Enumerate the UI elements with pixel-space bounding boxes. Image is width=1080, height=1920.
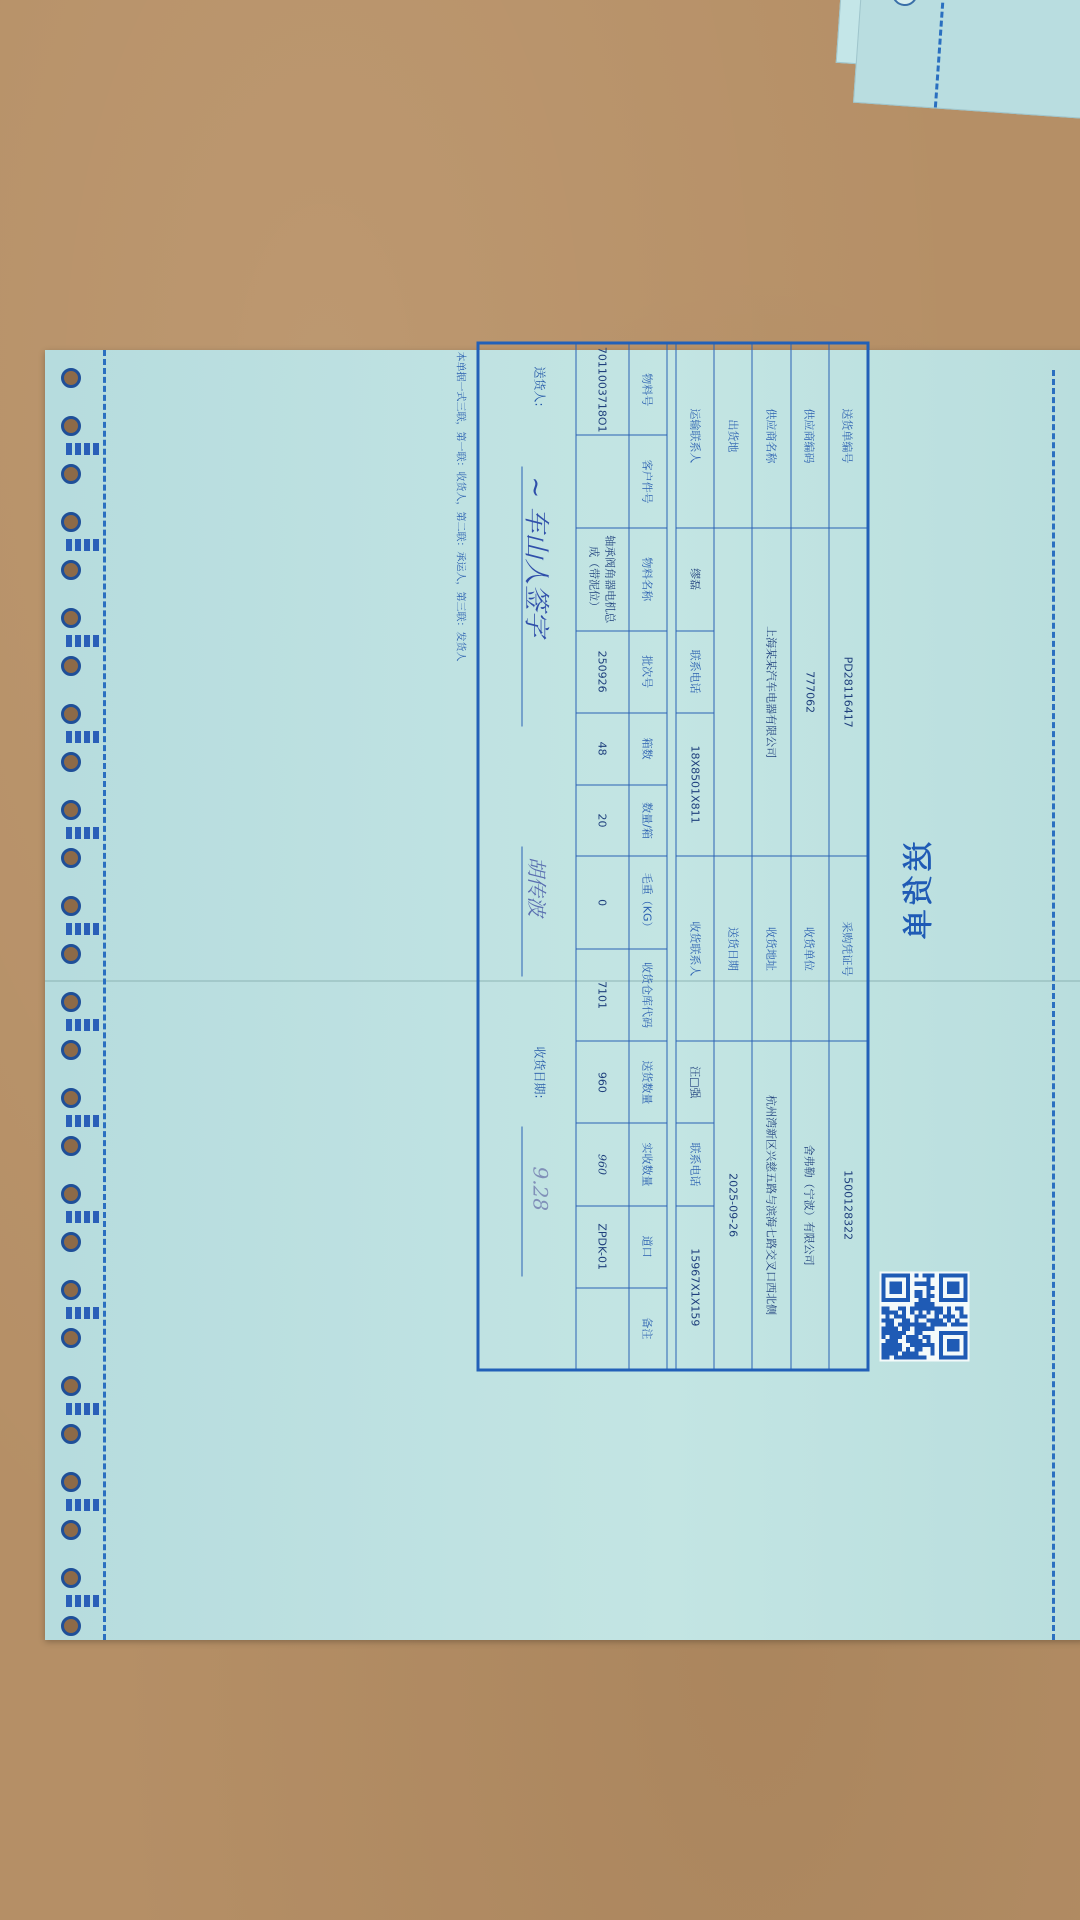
table-cell: ZPDK-01 (576, 1206, 629, 1288)
perforation-line (934, 0, 947, 108)
label-transport-contact: 运输联系人 (676, 343, 714, 528)
supplier-code: 777062 (791, 528, 829, 857)
column-header: 备注 (629, 1288, 667, 1370)
registration-mark (66, 1019, 102, 1031)
tractor-hole-icon (61, 800, 81, 820)
tractor-feed-strip (45, 350, 105, 1640)
column-header: 批次号 (629, 631, 667, 713)
tractor-hole-icon (61, 1184, 81, 1204)
table-row: 7011003718O1轴承阀角器电机总成（带泥位）25092648200710… (576, 343, 629, 1370)
label-delivery-date: 送货日期 (714, 856, 752, 1041)
label-po-number: 采购凭证号 (829, 856, 868, 1041)
supplier-name: 上海某某汽车电器有限公司 (753, 528, 791, 857)
table-cell (576, 1288, 629, 1370)
tractor-hole-icon (61, 656, 81, 676)
column-header: 实收数量 (629, 1123, 667, 1205)
contacts-row: 运输联系人 缪磊 联系电话 18X8501X811 收货联系人 汪□强 联系电话… (676, 343, 714, 1370)
delivery-info-table: 送货单编号 PD28116417 采购凭证号 1500128322 供应商编码 … (477, 342, 870, 1372)
tractor-hole-icon (61, 752, 81, 772)
registration-mark (66, 1499, 102, 1511)
receive-date-line (521, 1127, 522, 1277)
tractor-hole-icon (61, 1568, 81, 1588)
delivery-note-form: 送货单 送货单编号 PD28116417 采购凭证号 1500128322 供应… (477, 342, 980, 1372)
receive-date: 9.28 (528, 1167, 552, 1212)
table-cell: 轴承阀角器电机总成（带泥位） (576, 528, 629, 631)
delivery-date: 2025-09-26 (714, 1041, 752, 1370)
table-cell: 20 (576, 785, 629, 857)
sender-label: 送货人: (531, 367, 548, 407)
column-header: 物料名称 (629, 528, 667, 631)
tractor-hole-icon (61, 1616, 81, 1636)
tractor-hole-icon (61, 1232, 81, 1252)
tractor-hole-icon (61, 944, 81, 964)
po-number: 1500128322 (829, 1041, 868, 1370)
label-receiver-contact: 收货联系人 (676, 856, 714, 1041)
tractor-hole-icon (61, 512, 81, 532)
column-header: 送货数量 (629, 1041, 667, 1123)
table-cell: 250926 (576, 631, 629, 713)
tractor-hole-icon (61, 416, 81, 436)
registration-mark (66, 539, 102, 551)
transport-contact-name: 缪磊 (676, 528, 714, 631)
label-supplier-code: 供应商编码 (791, 343, 829, 528)
registration-mark (66, 1403, 102, 1415)
header-row-4: 出货地 送货日期 2025-09-26 (714, 343, 752, 1370)
header-row-1: 送货单编号 PD28116417 采购凭证号 1500128322 (829, 343, 868, 1370)
column-header: 箱数 (629, 713, 667, 785)
registration-mark (66, 1211, 102, 1223)
tractor-hole-icon (61, 1376, 81, 1396)
tractor-hole-icon (61, 560, 81, 580)
table-cell: 960 (576, 1123, 629, 1205)
table-cell: 7101 (576, 949, 629, 1041)
receiver-signature-line (521, 847, 522, 977)
header-row-3: 供应商名称 上海某某汽车电器有限公司 收货地址 杭州湾新区兴慈五路与滨海七路交叉… (753, 343, 791, 1370)
tractor-hole-icon (61, 704, 81, 724)
registration-mark (66, 635, 102, 647)
column-header: 物料号 (629, 343, 667, 435)
copies-footnote: 本单据一式三联，第一联：收货人，第二联：承运人，第三联：发货人 (455, 352, 470, 662)
receiver-signature: 胡传波 (523, 857, 552, 917)
form-header: 送货单 (870, 342, 980, 1372)
receiver-contact-name: 汪□强 (676, 1041, 714, 1123)
column-header: 毛重（KG） (629, 856, 667, 948)
registration-mark (66, 443, 102, 455)
sender-signature-line (521, 467, 522, 727)
registration-mark (66, 827, 102, 839)
tractor-hole-icon (61, 1424, 81, 1444)
label-receiver-phone: 联系电话 (676, 1123, 714, 1205)
tractor-hole-icon (891, 0, 919, 7)
registration-mark (66, 923, 102, 935)
receiving-unit: 舍弗勒（宁波）有限公司 (791, 1041, 829, 1370)
qr-code-icon (880, 1272, 970, 1362)
sender-signature: ~ 车山人签字 (519, 477, 556, 637)
tractor-hole-icon (61, 464, 81, 484)
tractor-hole-icon (61, 992, 81, 1012)
column-header: 数量/箱 (629, 785, 667, 857)
tractor-hole-icon (61, 608, 81, 628)
tractor-hole-icon (61, 1088, 81, 1108)
table-cell: 48 (576, 713, 629, 785)
registration-mark (66, 1307, 102, 1319)
label-receiving-address: 收货地址 (753, 856, 791, 1041)
table-cell (576, 435, 629, 527)
column-header: 道口 (629, 1206, 667, 1288)
stacked-paper-front (853, 0, 1080, 121)
tractor-hole-icon (61, 896, 81, 916)
tractor-hole-icon (61, 848, 81, 868)
registration-mark (66, 1595, 102, 1607)
label-supplier-name: 供应商名称 (753, 343, 791, 528)
label-transport-phone: 联系电话 (676, 631, 714, 713)
tractor-hole-icon (61, 1136, 81, 1156)
receive-date-label: 收货日期: (531, 1047, 548, 1099)
table-gap (667, 343, 677, 1370)
left-perforation-line (103, 350, 106, 1640)
receiving-address: 杭州湾新区兴慈五路与滨海七路交叉口西北侧 (753, 1041, 791, 1370)
delivery-number: PD28116417 (829, 528, 868, 857)
signature-cell: 送货人: ~ 车山人签字 胡传波 收货日期: 9.28 (478, 343, 576, 1370)
registration-mark (66, 1115, 102, 1127)
tractor-hole-icon (61, 1520, 81, 1540)
receiver-phone: 15967X1X159 (676, 1206, 714, 1370)
tractor-hole-icon (61, 1280, 81, 1300)
tractor-hole-icon (61, 1040, 81, 1060)
table-cell: 0 (576, 856, 629, 948)
items-header-row: 物料号客户件号物料名称批次号箱数数量/箱毛重（KG）收货仓库代码送货数量实收数量… (629, 343, 667, 1370)
label-ship-from: 出货地 (714, 343, 752, 528)
gap-cell (667, 343, 677, 1370)
transport-phone: 18X8501X811 (676, 713, 714, 857)
ship-from (714, 528, 752, 857)
tractor-hole-icon (61, 1472, 81, 1492)
right-perforation-line (1052, 370, 1055, 1640)
signature-row: 送货人: ~ 车山人签字 胡传波 收货日期: 9.28 (478, 343, 576, 1370)
label-delivery-number: 送货单编号 (829, 343, 868, 528)
tractor-hole-icon (61, 368, 81, 388)
registration-mark (66, 731, 102, 743)
column-header: 客户件号 (629, 435, 667, 527)
header-row-2: 供应商编码 777062 收货单位 舍弗勒（宁波）有限公司 (791, 343, 829, 1370)
label-receiving-unit: 收货单位 (791, 856, 829, 1041)
table-cell: 960 (576, 1041, 629, 1123)
tractor-hole-icon (61, 1328, 81, 1348)
column-header: 收货仓库代码 (629, 949, 667, 1041)
document-title: 送货单 (894, 842, 938, 944)
table-cell: 7011003718O1 (576, 343, 629, 435)
